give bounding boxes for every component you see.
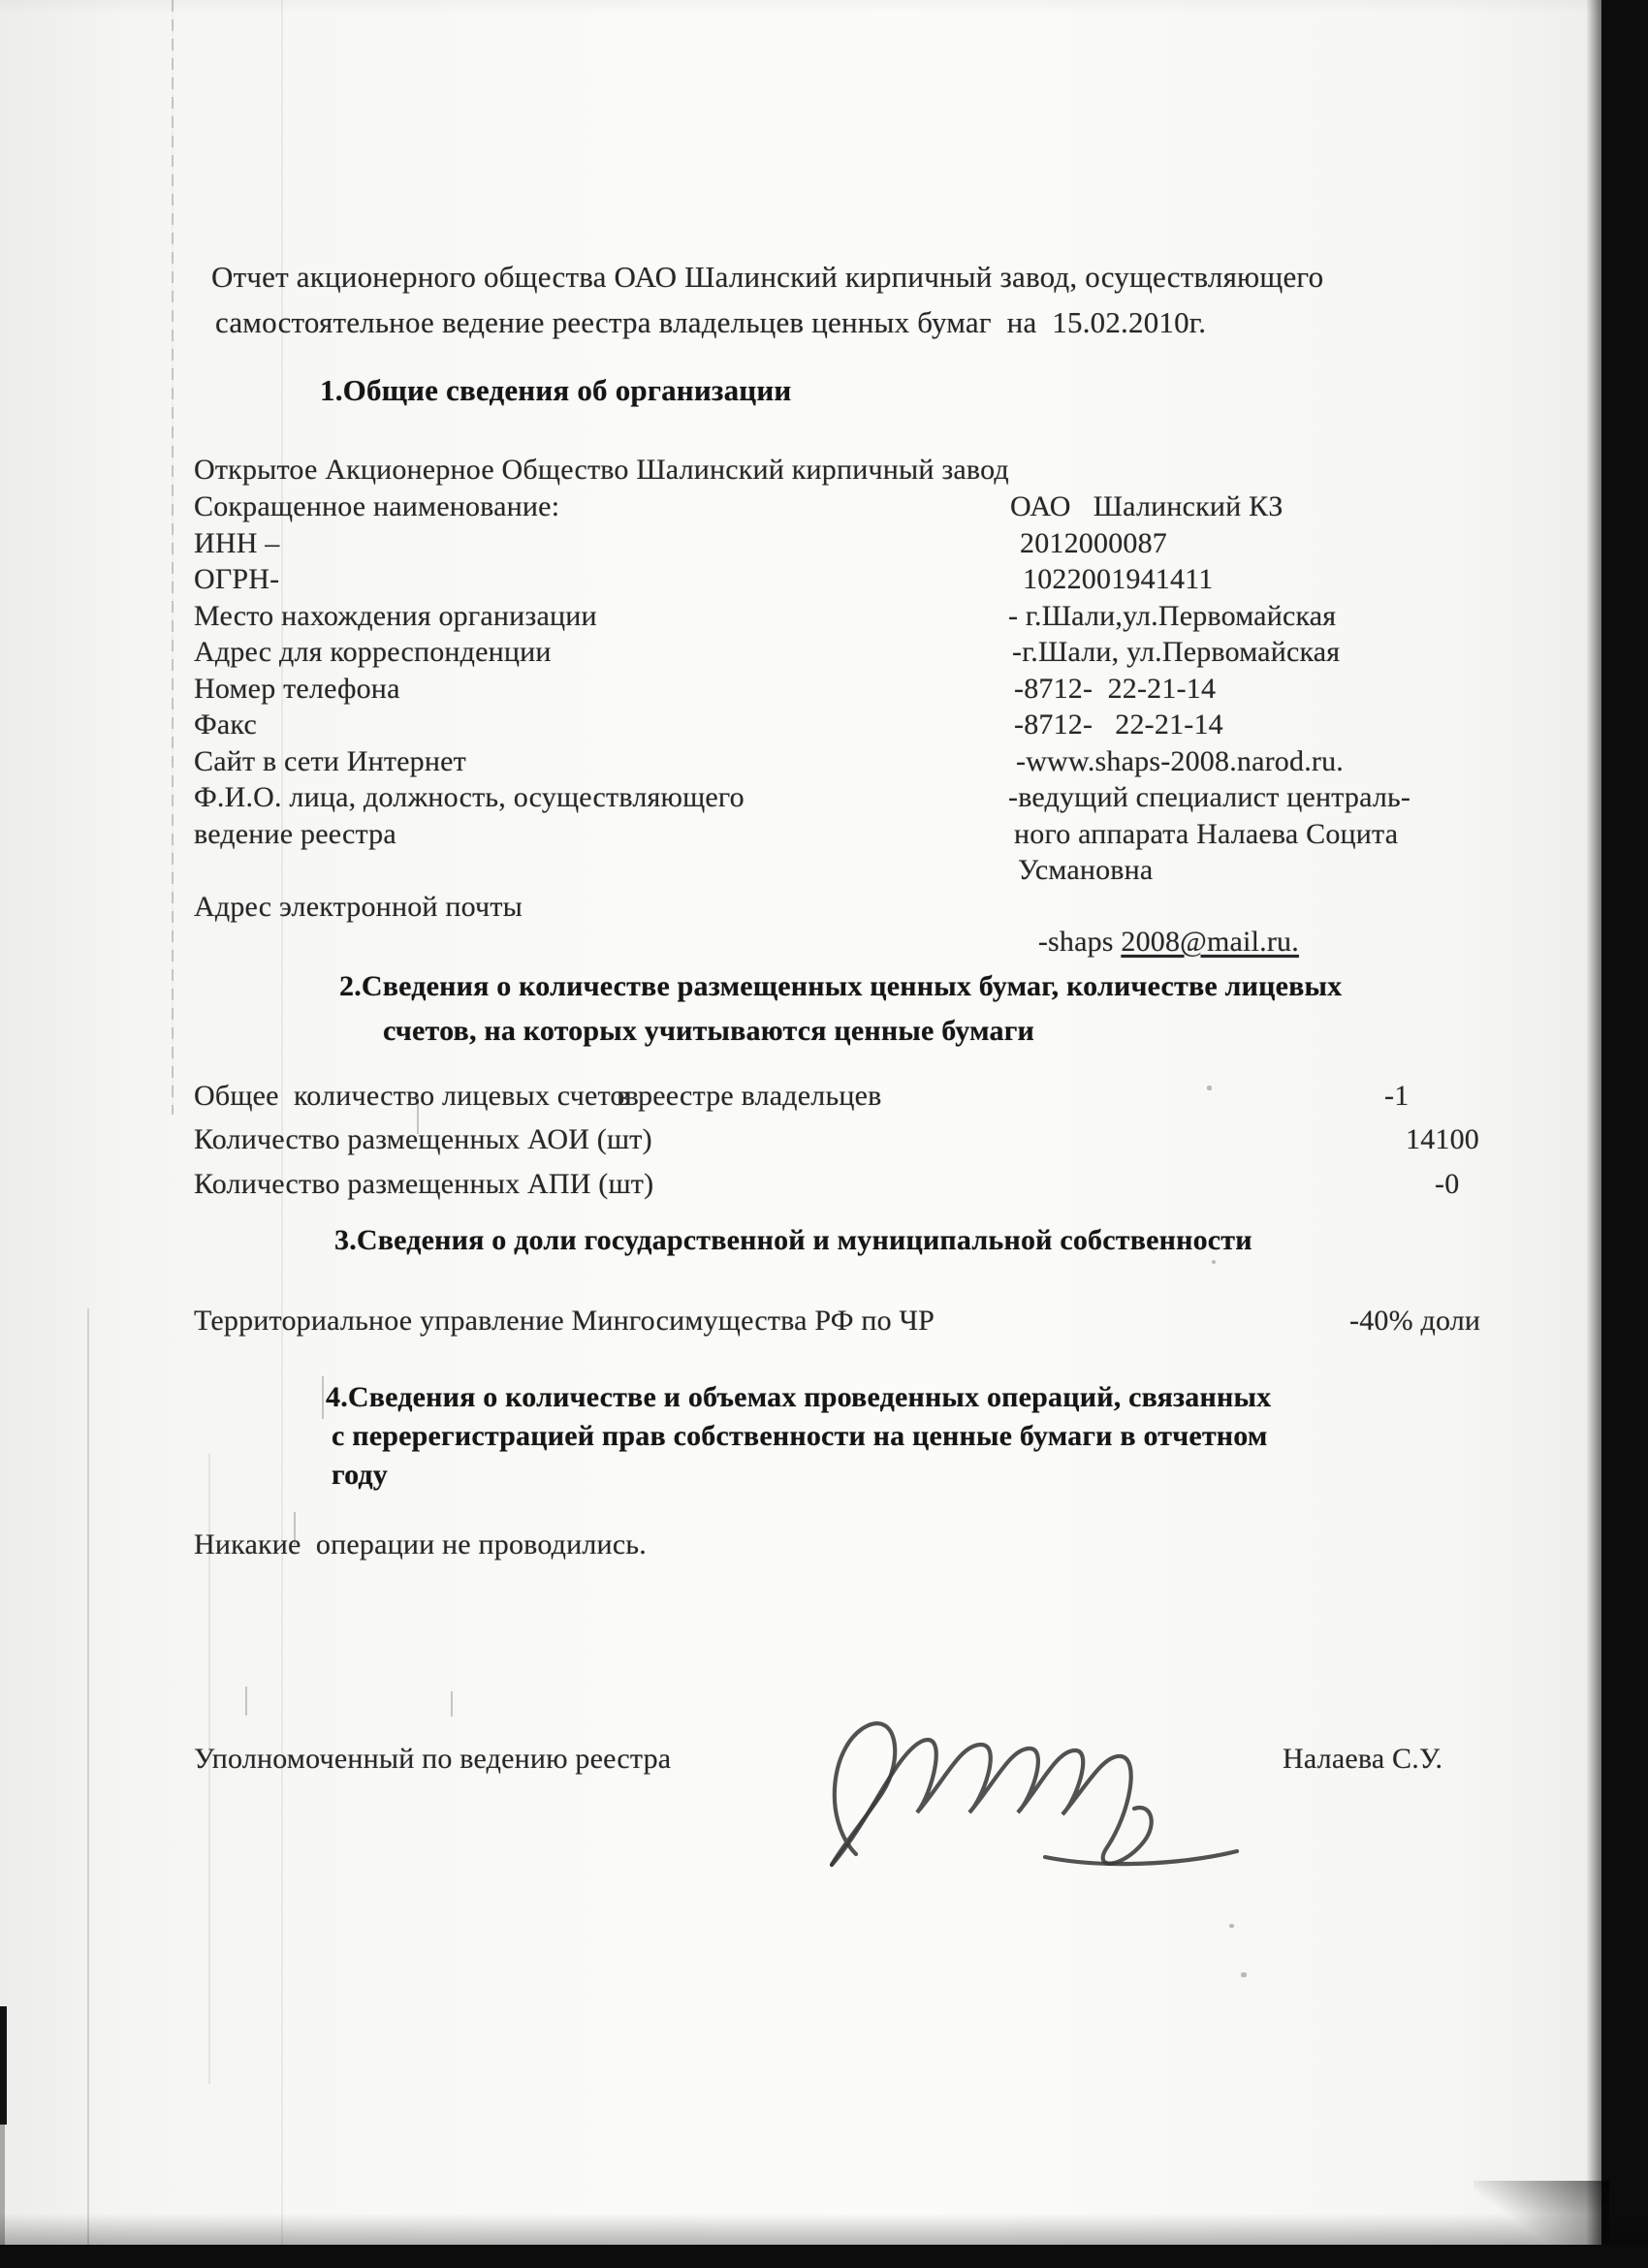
info-value-fax: -8712- 22-21-14: [1014, 708, 1223, 742]
info-value-short-name: ОАО Шалинский КЗ: [1010, 489, 1284, 524]
scan-speck: [1207, 1086, 1212, 1090]
info-label-email: Адрес электронной почты: [194, 890, 523, 925]
section1-heading: 1.Общие сведения об организации: [320, 373, 791, 408]
accounts-count-mid: в реестре владельцев: [617, 1079, 881, 1114]
scan-band-right-edge: [1586, 0, 1601, 2268]
report-title-line2: самостоятельное ведение реестра владельц…: [215, 305, 1206, 340]
info-label-inn: ИНН –: [194, 526, 280, 561]
info-label-registrar-fio: Ф.И.О. лица, должность, осуществляющего: [194, 780, 745, 815]
info-label-registrar-fio-line2: ведение реестра: [194, 817, 396, 852]
api-count-value: -0: [1435, 1167, 1459, 1202]
section2-heading-line1: 2.Сведения о количестве размещенных ценн…: [339, 969, 1342, 1004]
info-label-mail-address: Адрес для корреспонденции: [194, 635, 552, 670]
section4-heading-line3: году: [332, 1458, 388, 1493]
info-value-registrar-fio-line1: -ведущий специалист централь-: [1008, 780, 1410, 815]
info-value-website: -www.shaps-2008.narod.ru.: [1016, 744, 1344, 779]
scan-black-strip-left: [0, 2006, 7, 2125]
section4-heading-line2: с перерегистрацией прав собственности на…: [332, 1419, 1268, 1454]
scan-speck: [1229, 1924, 1234, 1928]
fold-line: [87, 1308, 89, 2245]
info-value-mail-address: -г.Шали, ул.Первомайская: [1012, 635, 1340, 670]
info-label-fax: Факс: [194, 708, 257, 742]
scan-black-band-right: [1601, 0, 1648, 2268]
report-title-line1: Отчет акционерного общества ОАО Шалински…: [211, 260, 1323, 295]
section3-heading: 3.Сведения о доли государственной и муни…: [334, 1223, 1252, 1258]
info-value-location: - г.Шали,ул.Первомайская: [1008, 599, 1336, 634]
scan-black-band-bottom: [0, 2245, 1648, 2268]
scanned-report-page: Отчет акционерного общества ОАО Шалински…: [0, 0, 1648, 2268]
scan-speck: [245, 1686, 247, 1716]
info-value-inn: 2012000087: [1020, 526, 1167, 561]
scan-gray-strip-left: [0, 2125, 5, 2245]
email-prefix: -shaps: [1038, 926, 1122, 958]
section4-heading-line1: 4.Сведения о количестве и объемах провед…: [326, 1380, 1271, 1415]
no-operations-note: Никакие операции не проводились.: [194, 1528, 647, 1562]
info-value-ogrn: 1022001941411: [1023, 562, 1214, 597]
info-label-website: Сайт в сети Интернет: [194, 744, 466, 779]
signature-name: Налаева С.У.: [1283, 1742, 1442, 1777]
signature-scribble: [803, 1685, 1258, 1903]
section2-heading-line2: счетов, на которых учитываются ценные бу…: [383, 1014, 1034, 1049]
info-value-registrar-fio-line3: Усмановна: [1018, 853, 1153, 888]
scan-shadow-bottom: [0, 2214, 1648, 2245]
info-value-registrar-fio-line2: ного аппарата Налаева Социта: [1014, 817, 1398, 852]
scan-speck: [451, 1691, 453, 1717]
email-link: 2008@mail.ru.: [1121, 926, 1299, 958]
api-count-label: Количество размещенных АПИ (шт): [194, 1167, 653, 1202]
state-share-value: -40% доли: [1349, 1304, 1480, 1339]
state-share-label: Территориальное управление Мингосимущест…: [194, 1304, 935, 1339]
scan-speck: [322, 1376, 324, 1419]
aoi-count-value: 14100: [1406, 1122, 1479, 1157]
signature-role-label: Уполномоченный по ведению реестра: [194, 1742, 671, 1777]
info-label-location: Место нахождения организации: [194, 599, 597, 634]
company-full-name: Открытое Акционерное Общество Шалинский …: [194, 453, 1009, 488]
scan-speck: [1241, 1972, 1247, 1977]
scan-speck: [1212, 1260, 1216, 1264]
info-label-ogrn: ОГРН-: [194, 562, 279, 597]
info-label-phone: Номер телефона: [194, 672, 400, 707]
accounts-count-value: -1: [1384, 1079, 1409, 1114]
info-value-phone: -8712- 22-21-14: [1014, 672, 1216, 707]
fold-line: [172, 0, 174, 1115]
info-label-short-name: Сокращенное наименование:: [194, 489, 559, 524]
accounts-count-label: Общее количество лицевых счетов: [194, 1079, 639, 1114]
aoi-count-label: Количество размещенных АОИ (шт): [194, 1122, 652, 1157]
